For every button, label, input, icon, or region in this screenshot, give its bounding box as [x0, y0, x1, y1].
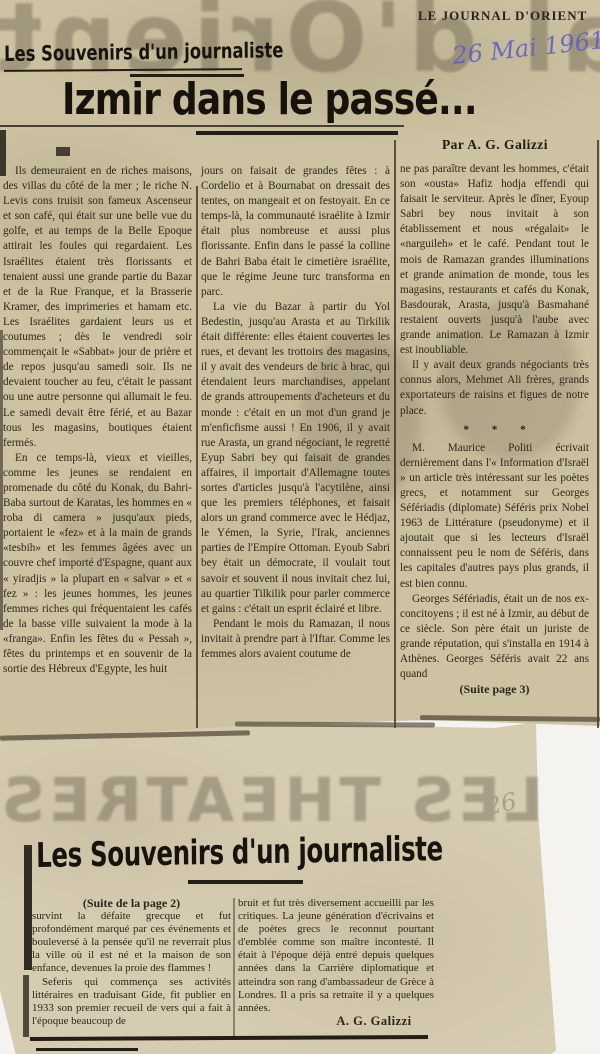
torn-edge	[0, 730, 250, 740]
paragraph: ne pas paraître devant les hommes, c'éta…	[400, 162, 589, 358]
byline: Par A. G. Galizzi	[399, 137, 591, 153]
paragraph: En ce temps-là, vieux et vieilles, comme…	[3, 451, 192, 677]
paragraph: Georges Séfériadis, était un de nos ex-c…	[400, 592, 589, 683]
continuation: (Suite page 3)	[400, 682, 589, 697]
right-edge-line	[597, 140, 599, 728]
top-kicker: Les Souvenirs d'un journaliste	[4, 38, 283, 66]
top-clipping: nal d'Orient LE JOURNAL D'ORIENT 26 Mai …	[0, 0, 600, 1054]
torn-edge	[235, 721, 435, 727]
top-headline: Izmir dans le passé...	[62, 74, 477, 125]
top-column-1: Ils demeuraient en de riches maisons, de…	[3, 164, 192, 716]
section-separator: * * *	[400, 419, 589, 441]
top-column-2: jours on faisait de grandes fêtes : à Co…	[201, 164, 390, 716]
top-column-3: ne pas paraître devant les hommes, c'éta…	[400, 162, 589, 718]
paragraph: jours on faisait de grandes fêtes : à Co…	[201, 164, 390, 300]
headline-rule-thin	[0, 125, 404, 127]
paragraph: M. Maurice Politi écrivait dernièrement …	[400, 441, 589, 592]
paragraph: Pendant le mois du Ramazan, il nous invi…	[201, 617, 390, 662]
margin-mark	[56, 147, 70, 156]
paragraph: Ils demeuraient en de riches maisons, de…	[3, 164, 192, 451]
masthead: LE JOURNAL D'ORIENT	[418, 8, 588, 24]
newspaper-scan: { "masthead": "LE JOURNAL D'ORIENT", "ha…	[0, 0, 600, 1054]
headline-rule-thick	[196, 131, 398, 135]
column-divider-1	[196, 186, 198, 728]
torn-edge	[420, 715, 600, 722]
paragraph: La vie du Bazar à partir du Yol Bedestin…	[201, 300, 390, 617]
column-divider-2	[394, 140, 396, 728]
paragraph: Il y avait deux grands négociants très c…	[400, 358, 589, 418]
